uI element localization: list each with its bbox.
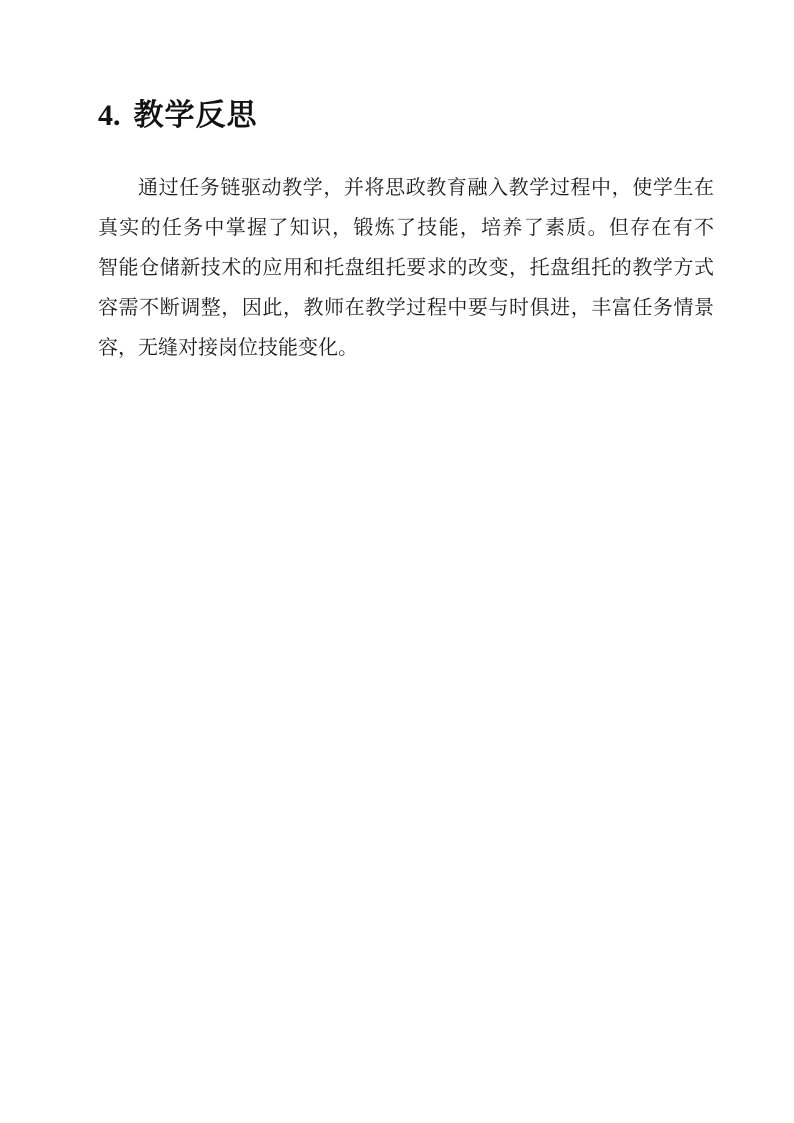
paragraph-line: 智能仓储新技术的应用和托盘组托要求的改变，托盘组托的教学方式和内 [98, 248, 714, 288]
section-title: 教学反思 [134, 99, 258, 132]
section-heading: 4.教学反思 [98, 98, 714, 134]
document-page: 4.教学反思 通过任务链驱动教学，并将思政教育融入教学过程中，使学生在完成 真实… [0, 0, 794, 1123]
paragraph-line: 容需不断调整，因此，教师在教学过程中要与时俱进，丰富任务情景和内 [98, 288, 714, 328]
paragraph-line: 真实的任务中掌握了知识，锻炼了技能，培养了素质。但存在有不足：随着 [98, 208, 714, 248]
body-paragraph: 通过任务链驱动教学，并将思政教育融入教学过程中，使学生在完成 真实的任务中掌握了… [98, 168, 714, 368]
page-content: 4.教学反思 通过任务链驱动教学，并将思政教育融入教学过程中，使学生在完成 真实… [0, 0, 794, 368]
paragraph-line: 容，无缝对接岗位技能变化。 [98, 328, 714, 368]
section-number: 4. [98, 98, 121, 134]
paragraph-line: 通过任务链驱动教学，并将思政教育融入教学过程中，使学生在完成 [98, 168, 714, 208]
